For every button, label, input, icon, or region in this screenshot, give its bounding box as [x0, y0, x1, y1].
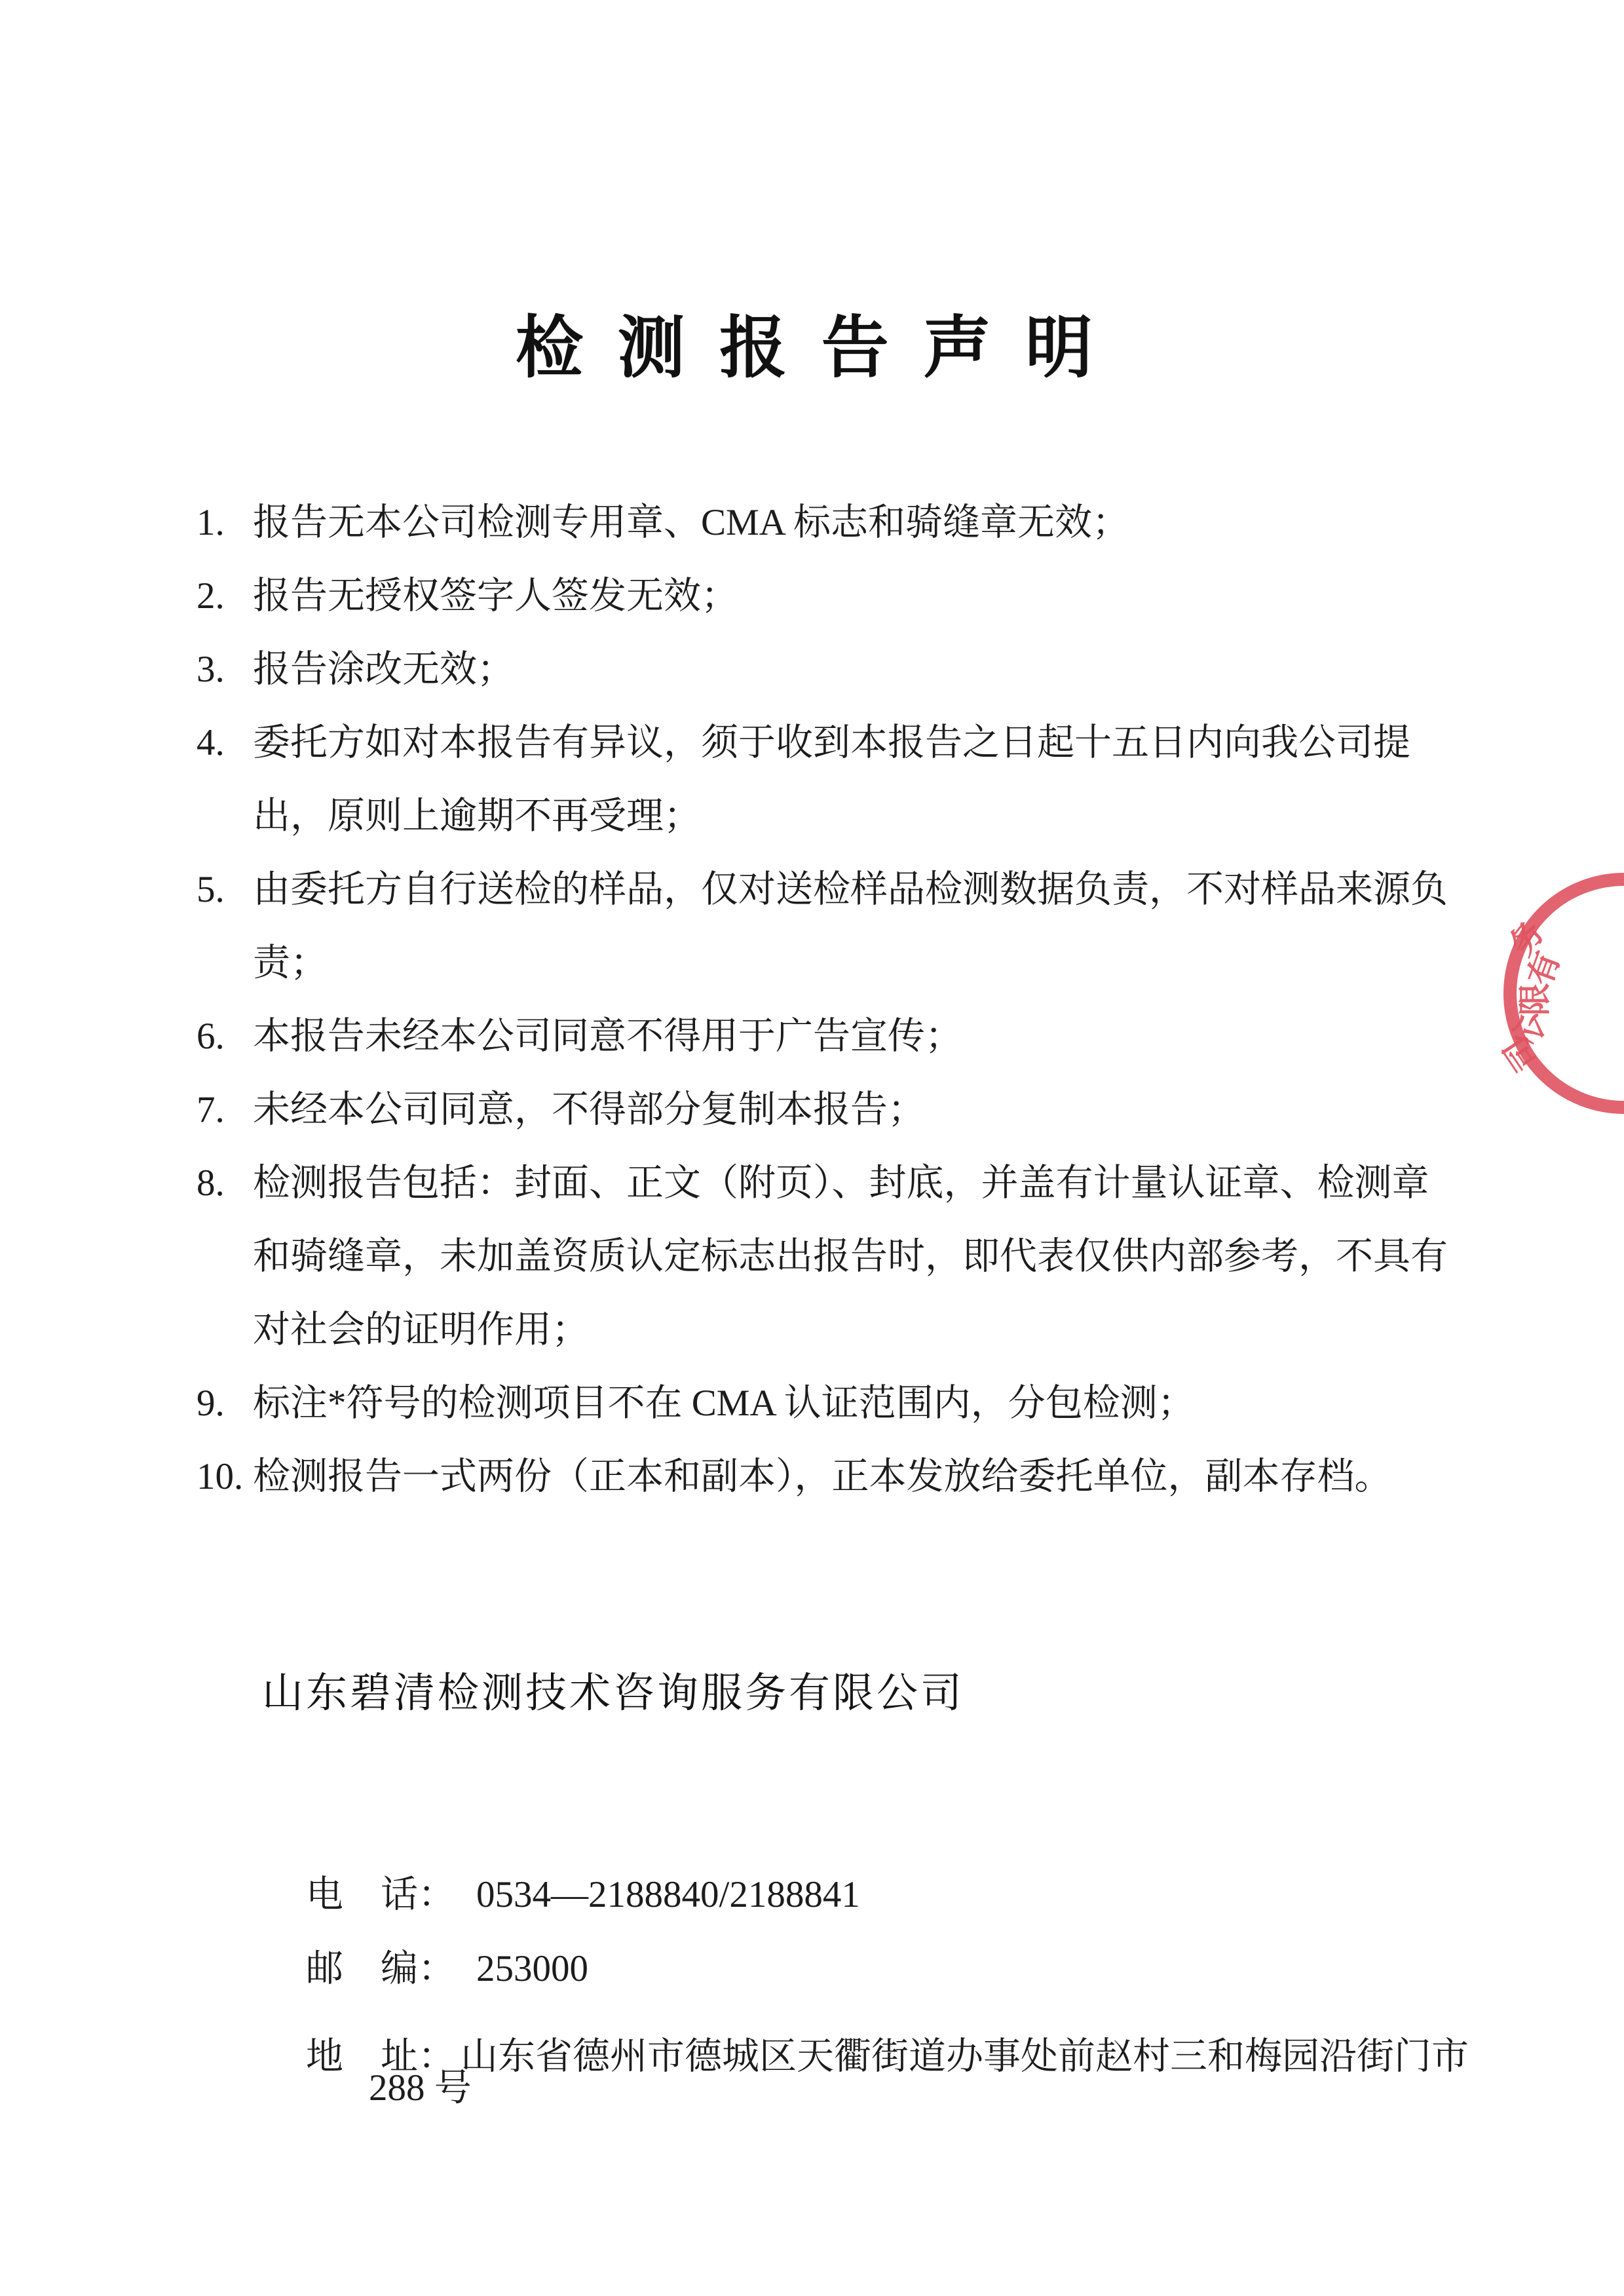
statement-item-number: 5. — [197, 853, 253, 1000]
statement-item-3: 3. 报告涂改无效； — [197, 633, 1460, 706]
statement-list: 1. 报告无本公司检测专用章、CMA 标志和骑缝章无效； 2. 报告无授权签字人… — [197, 486, 1460, 1514]
address-value: 山东省德州市德城区天衢街道办事处前赵村三和梅园沿街门市 — [461, 2036, 1469, 2077]
seal-character: 公 — [1507, 1008, 1549, 1050]
statement-item-number: 8. — [197, 1147, 253, 1367]
company-name: 山东碧清检测技术咨询服务有限公司 — [262, 1660, 964, 1719]
statement-item-text: 委托方如对本报告有异议，须于收到本报告之日起十五日内向我公司提 出，原则上逾期不… — [253, 706, 1460, 853]
report-declaration-page: 检 测 报 告 声 明 1. 报告无本公司检测专用章、CMA 标志和骑缝章无效；… — [0, 0, 1624, 2296]
statement-item-text: 未经本公司同意，不得部分复制本报告； — [253, 1073, 1460, 1147]
seal-character: 务 — [1504, 915, 1550, 961]
statement-item-text: 报告无授权签字人签发无效； — [253, 560, 1460, 633]
statement-item-1: 1. 报告无本公司检测专用章、CMA 标志和骑缝章无效； — [197, 486, 1460, 560]
seal-character: 有 — [1523, 947, 1565, 989]
statement-item-text: 由委托方自行送检的样品，仅对送检样品检测数据负责，不对样品来源负 责； — [253, 853, 1460, 1000]
page-title: 检 测 报 告 声 明 — [0, 294, 1624, 391]
statement-item-text: 报告涂改无效； — [253, 633, 1460, 706]
statement-item-8: 8. 检测报告包括：封面、正文（附页）、封底，并盖有计量认证章、检测章 和骑缝章… — [197, 1147, 1460, 1367]
statement-item-number: 4. — [197, 706, 253, 853]
company-seal: 务 有 限 公 司 — [1503, 873, 1624, 1114]
statement-item-2: 2. 报告无授权签字人签发无效； — [197, 560, 1460, 633]
statement-item-number: 6. — [197, 1000, 253, 1073]
statement-item-number: 3. — [197, 633, 253, 706]
seal-character: 限 — [1519, 983, 1551, 1016]
statement-item-text: 检测报告一式两份（正本和副本），正本发放给委托单位，副本存档。 — [253, 1440, 1460, 1514]
statement-item-9: 9. 标注*符号的检测项目不在 CMA 认证范围内，分包检测； — [197, 1367, 1460, 1440]
statement-item-text: 检测报告包括：封面、正文（附页）、封底，并盖有计量认证章、检测章 和骑缝章，未加… — [253, 1147, 1460, 1367]
address-line2: 288 号 — [369, 2057, 472, 2111]
statement-item-text: 报告无本公司检测专用章、CMA 标志和骑缝章无效； — [253, 486, 1460, 560]
statement-item-text: 本报告未经本公司同意不得用于广告宣传； — [253, 1000, 1460, 1073]
statement-item-5: 5. 由委托方自行送检的样品，仅对送检样品检测数据负责，不对样品来源负 责； — [197, 853, 1460, 1000]
statement-item-7: 7. 未经本公司同意，不得部分复制本报告； — [197, 1073, 1460, 1147]
statement-item-number: 7. — [197, 1073, 253, 1147]
statement-item-number: 2. — [197, 560, 253, 633]
seal-character: 司 — [1498, 1031, 1543, 1076]
statement-item-text: 标注*符号的检测项目不在 CMA 认证范围内，分包检测； — [253, 1367, 1460, 1440]
statement-item-number: 9. — [197, 1367, 253, 1440]
statement-item-6: 6. 本报告未经本公司同意不得用于广告宣传； — [197, 1000, 1460, 1073]
seal-ring-icon — [1503, 873, 1624, 1114]
statement-item-number: 1. — [197, 486, 253, 560]
statement-item-number: 10. — [197, 1440, 253, 1514]
statement-item-4: 4. 委托方如对本报告有异议，须于收到本报告之日起十五日内向我公司提 出，原则上… — [197, 706, 1460, 853]
statement-item-10: 10. 检测报告一式两份（正本和副本），正本发放给委托单位，副本存档。 — [197, 1440, 1460, 1514]
